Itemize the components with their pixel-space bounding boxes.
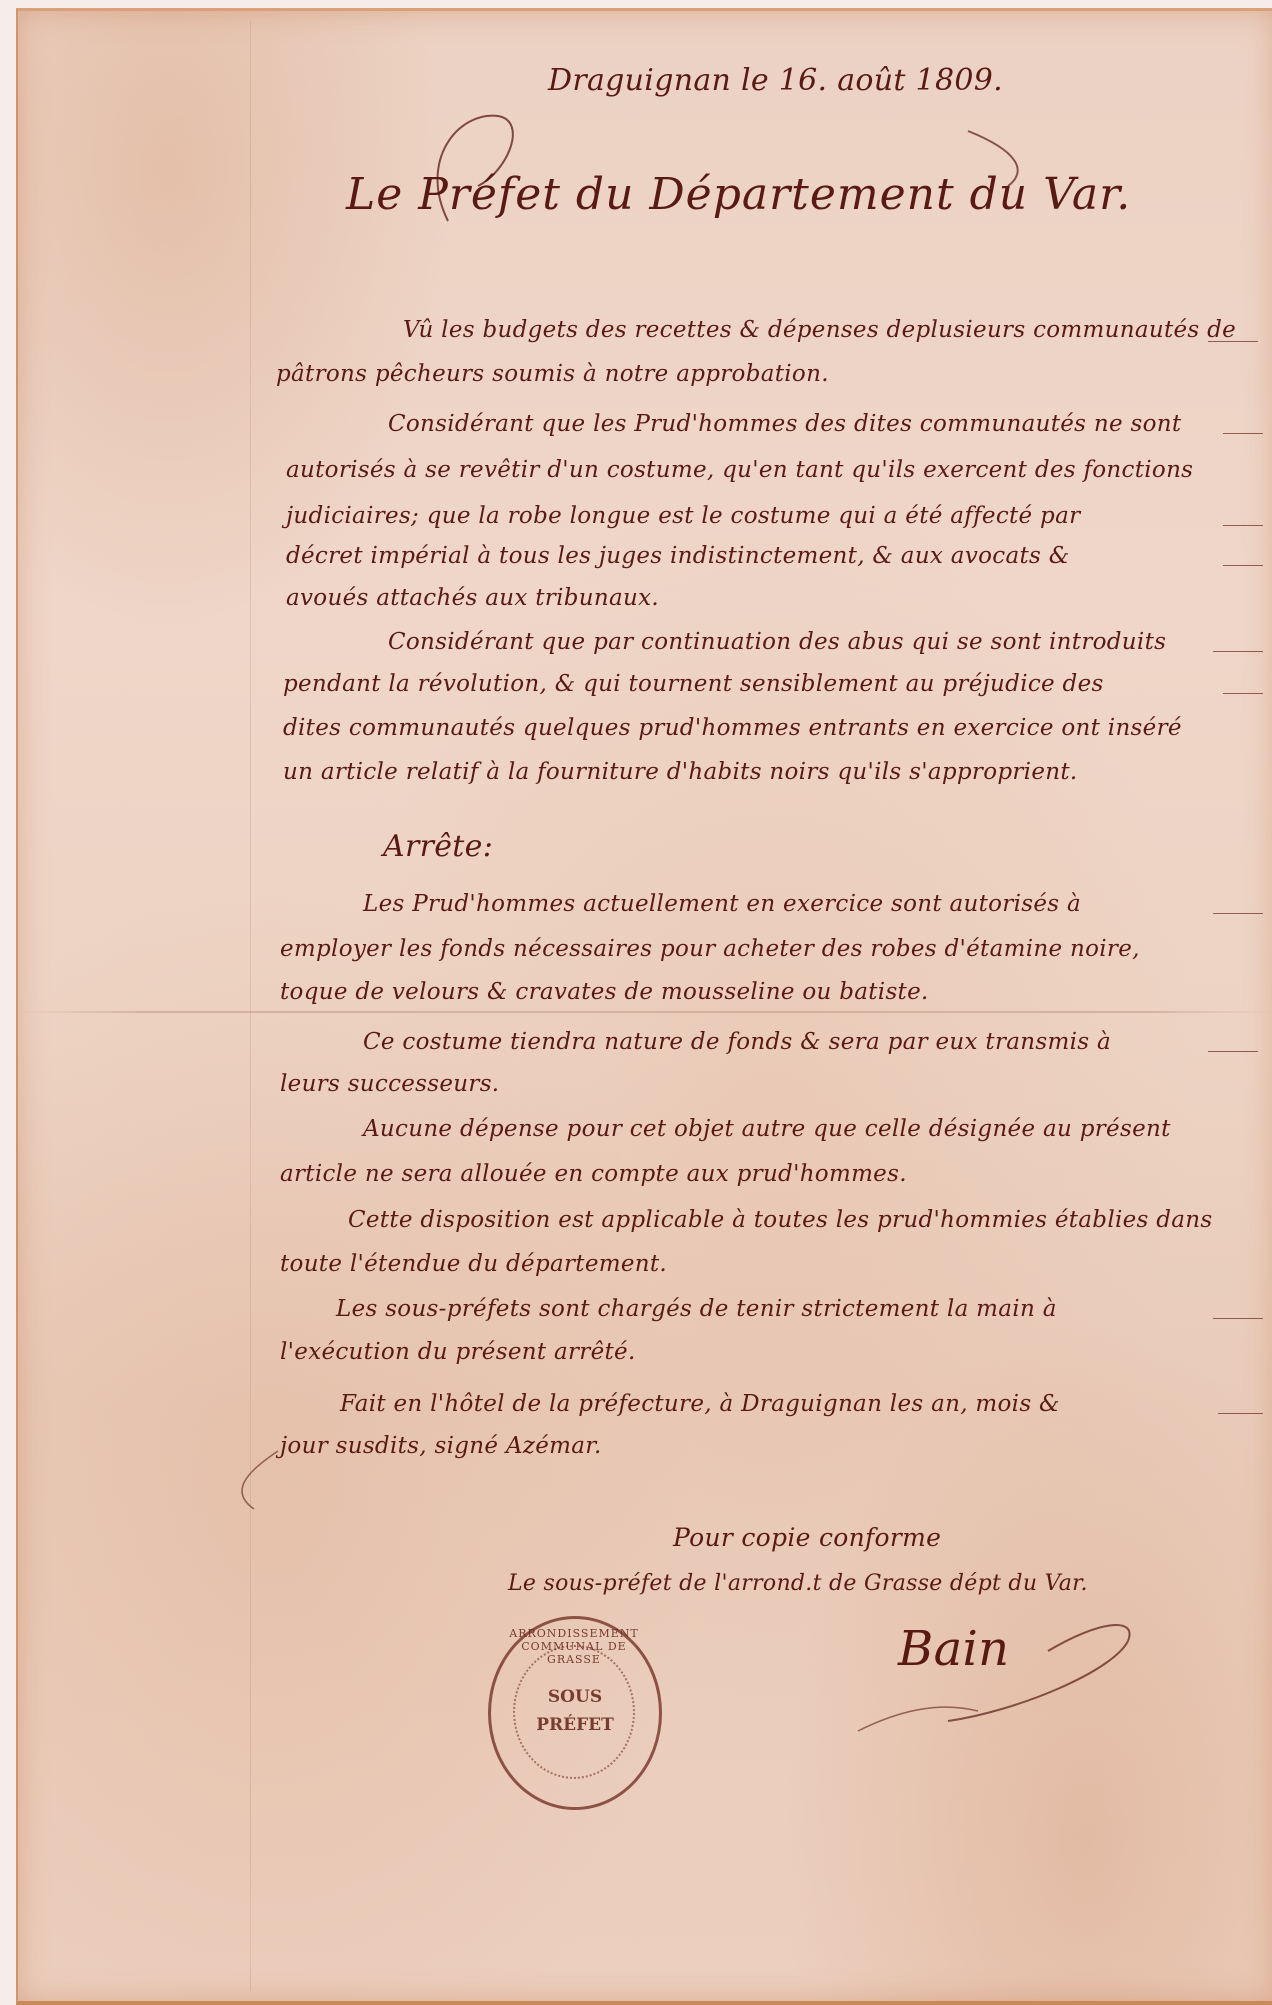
considerant-1-line-3: judiciaires; que la robe longue est le c…: [286, 503, 1080, 529]
sous-prefet-seal: ARRONDISSEMENT COMMUNAL DE GRASSE SOUS P…: [488, 1616, 662, 1810]
considerant-2-line-1: Considérant que par continuation des abu…: [388, 629, 1166, 655]
article-4-line-1: Cette disposition est applicable à toute…: [348, 1207, 1213, 1233]
line-filler: [1223, 433, 1263, 434]
article-5-line-1: Les sous-préfets sont chargés de tenir s…: [336, 1296, 1057, 1322]
line-filler: [1208, 1051, 1258, 1052]
considerant-2-line-3: dites communautés quelques prud'hommes e…: [283, 715, 1182, 741]
preamble-line-2: pâtrons pêcheurs soumis à notre approbat…: [276, 361, 829, 387]
article-3-line-2: article ne sera allouée en compte aux pr…: [280, 1161, 907, 1187]
line-filler: [1208, 341, 1258, 342]
preamble-line-1: Vû les budgets des recettes & dépenses d…: [403, 317, 1236, 343]
paper-fold: [18, 1011, 1272, 1013]
article-2-line-2: leurs successeurs.: [280, 1071, 499, 1097]
considerant-1-line-4: décret impérial à tous les juges indisti…: [286, 543, 1070, 569]
seal-text-prefet: PRÉFET: [491, 1715, 659, 1735]
considerant-1-line-1: Considérant que les Prud'hommes des dite…: [388, 411, 1181, 437]
line-filler: [1213, 651, 1263, 652]
certification-line-1: Pour copie conforme: [673, 1523, 941, 1552]
article-1-line-2: employer les fonds nécessaires pour ache…: [280, 936, 1140, 962]
document-title: Le Préfet du Département du Var.: [346, 169, 1131, 220]
line-filler: [1223, 565, 1263, 566]
considerant-2-line-2: pendant la révolution, & qui tournent se…: [283, 671, 1104, 697]
article-2-line-1: Ce costume tiendra nature de fonds & ser…: [363, 1029, 1111, 1055]
closing-line-1: Fait en l'hôtel de la préfecture, à Drag…: [340, 1391, 1060, 1417]
article-4-line-2: toute l'étendue du département.: [280, 1251, 667, 1277]
line-filler: [1218, 1413, 1263, 1414]
certification-line-2: Le sous-préfet de l'arrond.t de Grasse d…: [508, 1571, 1088, 1596]
considerant-1-line-5: avoués attachés aux tribunaux.: [286, 585, 659, 611]
seal-text-sous: SOUS: [491, 1687, 659, 1707]
manuscript-page: Draguignan le 16. août 1809. Le Préfet d…: [16, 8, 1272, 2000]
line-filler: [1213, 1318, 1263, 1319]
line-filler: [1213, 913, 1263, 914]
place-date: Draguignan le 16. août 1809.: [548, 63, 1003, 98]
article-3-line-1: Aucune dépense pour cet objet autre que …: [363, 1116, 1171, 1142]
line-filler: [1223, 693, 1263, 694]
line-filler: [1223, 525, 1263, 526]
considerant-2-line-4: un article relatif à la fourniture d'hab…: [283, 759, 1078, 785]
considerant-1-line-2: autorisés à se revêtir d'un costume, qu'…: [286, 457, 1193, 483]
arrete-heading: Arrête:: [383, 829, 493, 864]
margin-rule: [250, 21, 251, 1991]
article-1-line-1: Les Prud'hommes actuellement en exercice…: [363, 891, 1081, 917]
closing-line-2: jour susdits, signé Azémar.: [280, 1433, 602, 1459]
signature: Bain: [898, 1621, 1009, 1677]
article-1-line-3: toque de velours & cravates de mousselin…: [280, 979, 929, 1005]
seal-ring-text: ARRONDISSEMENT COMMUNAL DE GRASSE: [509, 1627, 639, 1666]
article-5-line-2: l'exécution du présent arrêté.: [280, 1339, 636, 1365]
